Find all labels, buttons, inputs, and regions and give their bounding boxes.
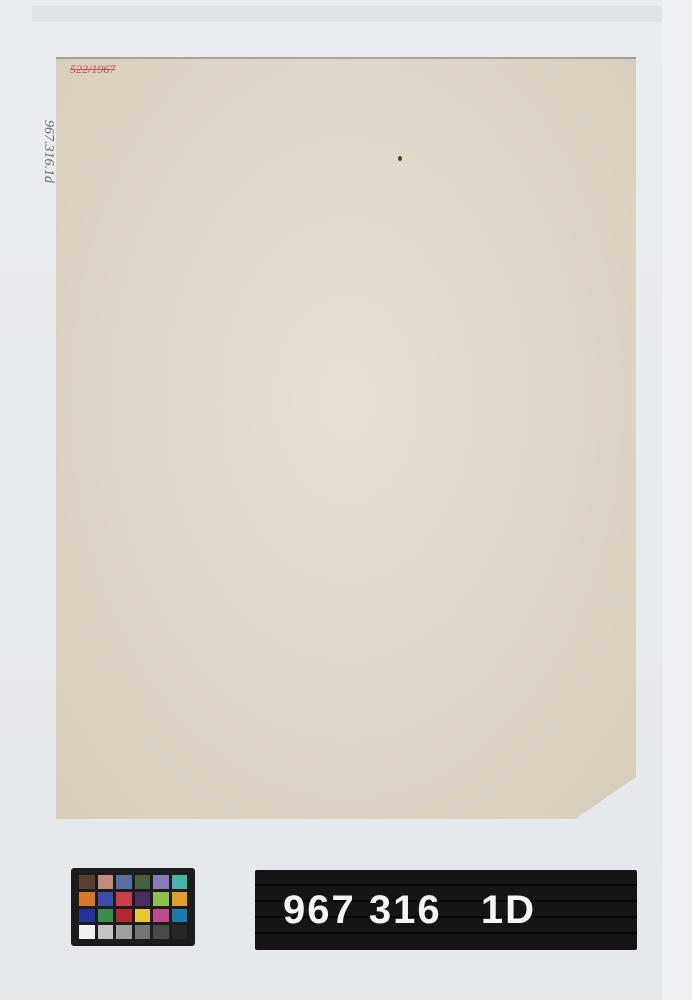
color-swatch (79, 892, 95, 906)
color-swatch (172, 875, 188, 889)
color-swatch (135, 909, 151, 923)
color-swatch (153, 892, 169, 906)
color-swatch (79, 925, 95, 939)
color-swatch (153, 875, 169, 889)
color-swatch (153, 909, 169, 923)
scanner-bed-strip (32, 6, 662, 22)
red-ink-inventory-note: 522/1967 (70, 62, 115, 77)
paper-top-edge (56, 57, 636, 59)
color-swatch (135, 875, 151, 889)
color-swatch (172, 925, 188, 939)
color-swatch (79, 875, 95, 889)
color-swatch (98, 925, 114, 939)
color-swatch (116, 875, 132, 889)
color-swatch (135, 925, 151, 939)
pencil-accession-note: 967.316.1d (40, 120, 56, 183)
accession-number-text: 967 316 1D (283, 888, 536, 933)
color-swatch (116, 925, 132, 939)
color-swatch (98, 892, 114, 906)
color-swatch (135, 892, 151, 906)
color-swatch (116, 892, 132, 906)
color-swatch (98, 909, 114, 923)
color-swatch (172, 892, 188, 906)
color-swatch (172, 909, 188, 923)
photograph-verso (56, 57, 636, 819)
color-swatch (116, 909, 132, 923)
color-swatch (79, 909, 95, 923)
accession-number-label: 967 316 1D (255, 870, 637, 950)
paper-spot (398, 156, 402, 161)
color-swatch (153, 925, 169, 939)
color-calibration-chart (71, 868, 195, 946)
color-swatch (98, 875, 114, 889)
scanner-bed-edge (662, 0, 692, 1000)
